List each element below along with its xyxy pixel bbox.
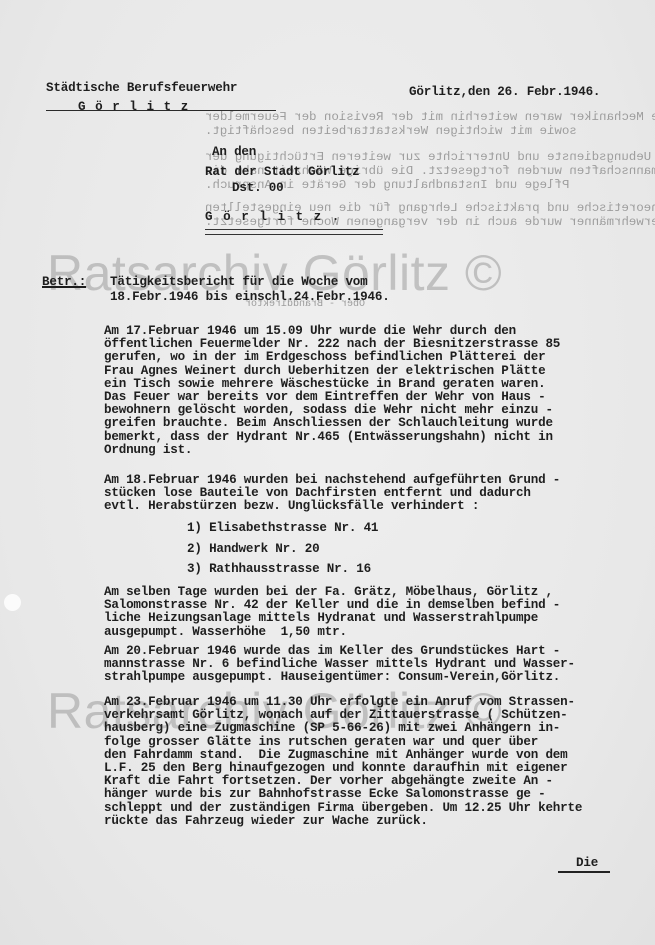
paragraph-1: Am 17.Februar 1946 um 15.09 Uhr wurde di… xyxy=(104,325,654,457)
text-line: hänger wurde bis zur Bahnhofstrasse Ecke… xyxy=(104,788,654,801)
text-line: evtl. Herabstürzen bezw. Unglücksfälle v… xyxy=(104,500,654,513)
text-line: strahlpumpe ausgepumpt. Hauseigentümer: … xyxy=(104,671,654,684)
continuation-word: Die xyxy=(576,857,598,870)
recipient-line1: An den xyxy=(212,146,256,159)
continuation-underline xyxy=(558,871,610,873)
text-line: Ordnung ist. xyxy=(104,444,654,457)
bleed-line: sowie mit wichtigen Werkstattarbeiten be… xyxy=(205,124,577,138)
subject-label: Betr.: xyxy=(42,276,86,289)
place-date: Görlitz,den 26. Febr.1946. xyxy=(409,86,600,99)
subject-line2: 18.Febr.1946 bis einschl.24.Febr.1946. xyxy=(110,291,390,304)
text-line: rückte das Fahrzeug wieder zur Wache zur… xyxy=(104,815,654,828)
text-line: Frau Agnes Weinert durch Ueberhitzen der… xyxy=(104,365,654,378)
text-line: folge grosser Glätte ins rutschen gerate… xyxy=(104,736,654,749)
text-line: greifen brauchte. Beim Anschliessen der … xyxy=(104,417,654,430)
text-line: bemerkt, dass der Hydrant Nr.465 (Entwäs… xyxy=(104,431,654,444)
text-line: liche Heizungsanlage mittels Hydranat un… xyxy=(104,612,654,625)
text-line: hausberg) eine Zugmaschine (SP 5-66-26) … xyxy=(104,722,654,735)
paragraph-2: Am 18.Februar 1946 wurden bei nachstehen… xyxy=(104,474,654,514)
text-line: ausgepumpt. Wasserhöhe 1,50 mtr. xyxy=(104,626,654,639)
recipient-line4: G ö r l i t z . xyxy=(205,211,341,224)
punch-hole-top xyxy=(4,594,21,611)
list-item-3: 3) Rathhausstrasse Nr. 16 xyxy=(187,563,371,576)
list-item-2: 2) Handwerk Nr. 20 xyxy=(187,543,319,556)
text-line: gerufen, wo in der im Erdgeschoss befind… xyxy=(104,351,654,364)
document-page: Die Mechaniker waren weiterhin mit der R… xyxy=(0,0,655,945)
recipient-line2: Rat der Stadt Görlitz xyxy=(205,166,360,179)
recipient-double-rule xyxy=(205,229,383,235)
sender-city-strike xyxy=(46,110,276,111)
bleed-line: Die Mechaniker waren weiterhin mit der R… xyxy=(205,110,655,124)
paragraph-5: Am 23.Februar 1946 um 11.30 Uhr erfolgte… xyxy=(104,696,654,828)
text-line: schleppt und der zuständigen Firma überg… xyxy=(104,802,654,815)
recipient-line3: Dst. 00 xyxy=(232,182,284,195)
sender-city: G ö r l i t z xyxy=(78,101,189,114)
subject-line1: Tätigkeitsbericht für die Woche vom xyxy=(110,276,368,289)
paragraph-3: Am selben Tage wurden bei der Fa. Grätz,… xyxy=(104,586,654,639)
list-item-1: 1) Elisabethstrasse Nr. 41 xyxy=(187,522,378,535)
paragraph-4: Am 20.Februar 1946 wurde das im Keller d… xyxy=(104,645,654,685)
bleed-line: Die Uebungsdienste und Unterrichte zur w… xyxy=(205,150,655,164)
sender-name: Städtische Berufsfeuerwehr xyxy=(46,82,237,95)
